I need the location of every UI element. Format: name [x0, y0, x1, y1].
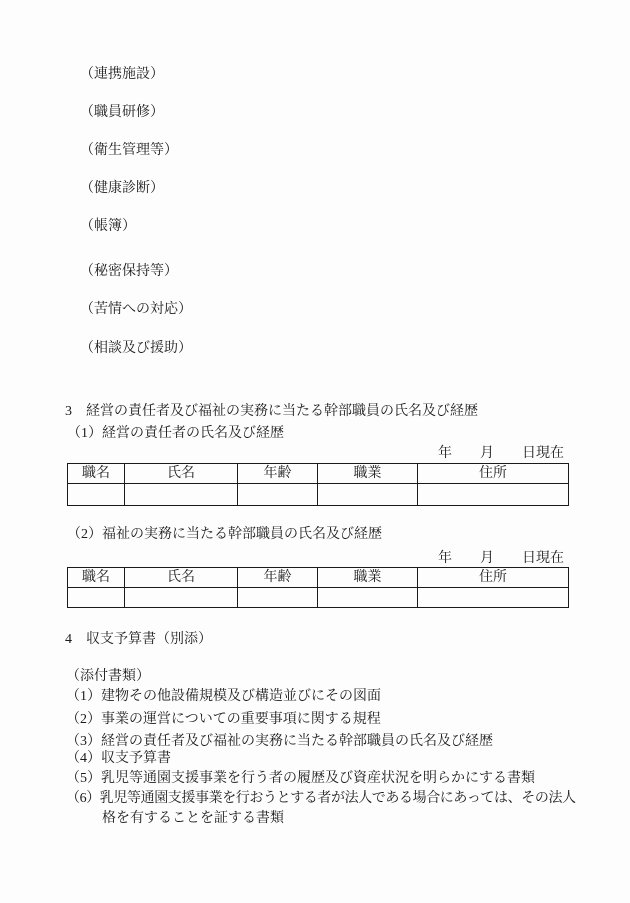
col-header-address: 住所 — [418, 568, 569, 588]
provision-item-eisei-kanri: （衛生管理等） — [80, 142, 178, 159]
col-header-name: 氏名 — [125, 464, 238, 484]
cell-occupation — [318, 588, 418, 608]
date-as-of-line-2: 年 月 日現在 — [67, 550, 564, 567]
provision-item-shokuin-kenshu: （職員研修） — [80, 104, 164, 121]
col-header-occupation: 職業 — [318, 464, 418, 484]
attachment-item-2: （2）事業の運営についての重要事項に関する規程 — [66, 711, 381, 728]
section-3-2-heading: （2）福祉の実務に当たる幹部職員の氏名及び経歴 — [67, 526, 382, 543]
col-header-title: 職名 — [68, 464, 125, 484]
cell-name — [125, 484, 238, 506]
provision-item-renkei-shisetsu: （連携施設） — [80, 66, 164, 83]
col-header-occupation: 職業 — [318, 568, 418, 588]
cell-name — [125, 588, 238, 608]
cell-occupation — [318, 484, 418, 506]
attachment-item-4: （4）収支予算書 — [66, 750, 171, 767]
col-header-title: 職名 — [68, 568, 125, 588]
section-3-heading: 3 経営の責任者及び福祉の実務に当たる幹部職員の氏名及び経歴 — [65, 403, 478, 420]
attachment-item-1: （1）建物その他設備規模及び構造並びにその図面 — [66, 688, 381, 705]
provision-item-chobo: （帳簿） — [80, 218, 136, 235]
table-row — [68, 484, 569, 506]
management-officer-table: 職名 氏名 年齢 職業 住所 — [67, 463, 569, 506]
section-4-heading: 4 収支予算書（別添） — [65, 631, 212, 648]
cell-title — [68, 484, 125, 506]
table-header-row: 職名 氏名 年齢 職業 住所 — [68, 464, 569, 484]
col-header-age: 年齢 — [238, 568, 318, 588]
cell-age — [238, 484, 318, 506]
table-header-row: 職名 氏名 年齢 職業 住所 — [68, 568, 569, 588]
section-3-1-heading: （1）経営の責任者の氏名及び経歴 — [67, 425, 284, 442]
document-page: （連携施設） （職員研修） （衛生管理等） （健康診断） （帳簿） （秘密保持等… — [0, 0, 630, 903]
col-header-name: 氏名 — [125, 568, 238, 588]
provision-item-himitsu-hoji: （秘密保持等） — [80, 263, 178, 280]
cell-title — [68, 588, 125, 608]
provision-item-kujo-taio: （苦情への対応） — [80, 301, 192, 318]
attachment-item-3: （3）経営の責任者及び福祉の実務に当たる幹部職員の氏名及び経歴 — [66, 733, 493, 750]
attachment-item-6-continuation: 格を有することを証する書類 — [102, 810, 284, 827]
col-header-address: 住所 — [418, 464, 569, 484]
table-row — [68, 588, 569, 608]
provision-item-kenko-shindan: （健康診断） — [80, 180, 164, 197]
attachments-title: （添付書類） — [66, 668, 150, 685]
date-as-of-line-1: 年 月 日現在 — [67, 445, 564, 462]
attachment-item-5: （5）乳児等通園支援事業を行う者の履歴及び資産状況を明らかにする書類 — [66, 770, 535, 787]
cell-address — [418, 588, 569, 608]
provision-item-sodan-enjo: （相談及び援助） — [80, 340, 192, 357]
welfare-staff-table: 職名 氏名 年齢 職業 住所 — [67, 567, 569, 608]
col-header-age: 年齢 — [238, 464, 318, 484]
cell-age — [238, 588, 318, 608]
attachment-item-6: （6）乳児等通園支援事業を行おうとする者が法人である場合にあっては、その法人 — [66, 790, 576, 807]
cell-address — [418, 484, 569, 506]
